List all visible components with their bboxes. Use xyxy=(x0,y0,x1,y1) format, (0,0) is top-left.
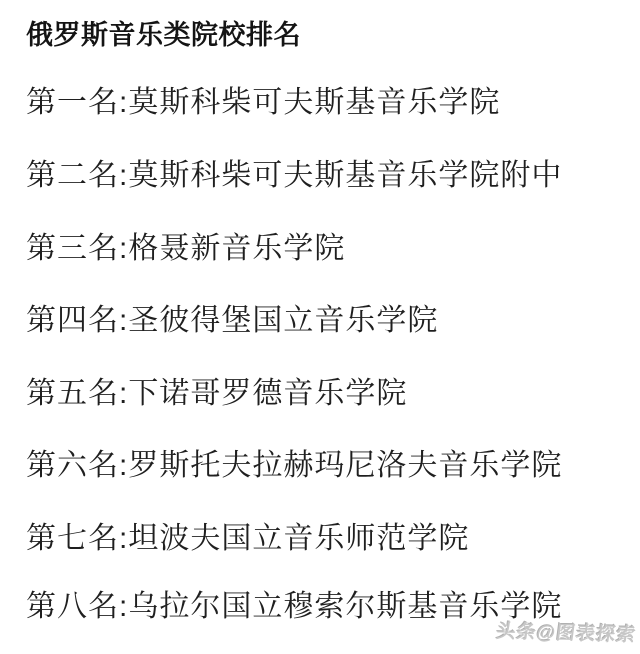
rank-item-1: 第一名:莫斯科柴可夫斯基音乐学院 xyxy=(26,86,500,121)
rank-item-3: 第三名:格聂新音乐学院 xyxy=(26,232,345,267)
ranking-page: 俄罗斯音乐类院校排名 第一名:莫斯科柴可夫斯基音乐学院 第二名:莫斯科柴可夫斯基… xyxy=(0,0,640,654)
rank-item-7: 第七名:坦波夫国立音乐师范学院 xyxy=(26,522,469,557)
rank-item-2: 第二名:莫斯科柴可夫斯基音乐学院附中 xyxy=(26,159,562,194)
rank-item-4: 第四名:圣彼得堡国立音乐学院 xyxy=(26,304,438,339)
page-title: 俄罗斯音乐类院校排名 xyxy=(26,19,301,51)
toutiao-watermark: 头条@图表探索 xyxy=(496,616,639,647)
rank-item-6: 第六名:罗斯托夫拉赫玛尼洛夫音乐学院 xyxy=(26,449,562,484)
rank-item-8: 第八名:乌拉尔国立穆索尔斯基音乐学院 xyxy=(26,590,562,625)
rank-item-5: 第五名:下诺哥罗德音乐学院 xyxy=(26,377,407,412)
